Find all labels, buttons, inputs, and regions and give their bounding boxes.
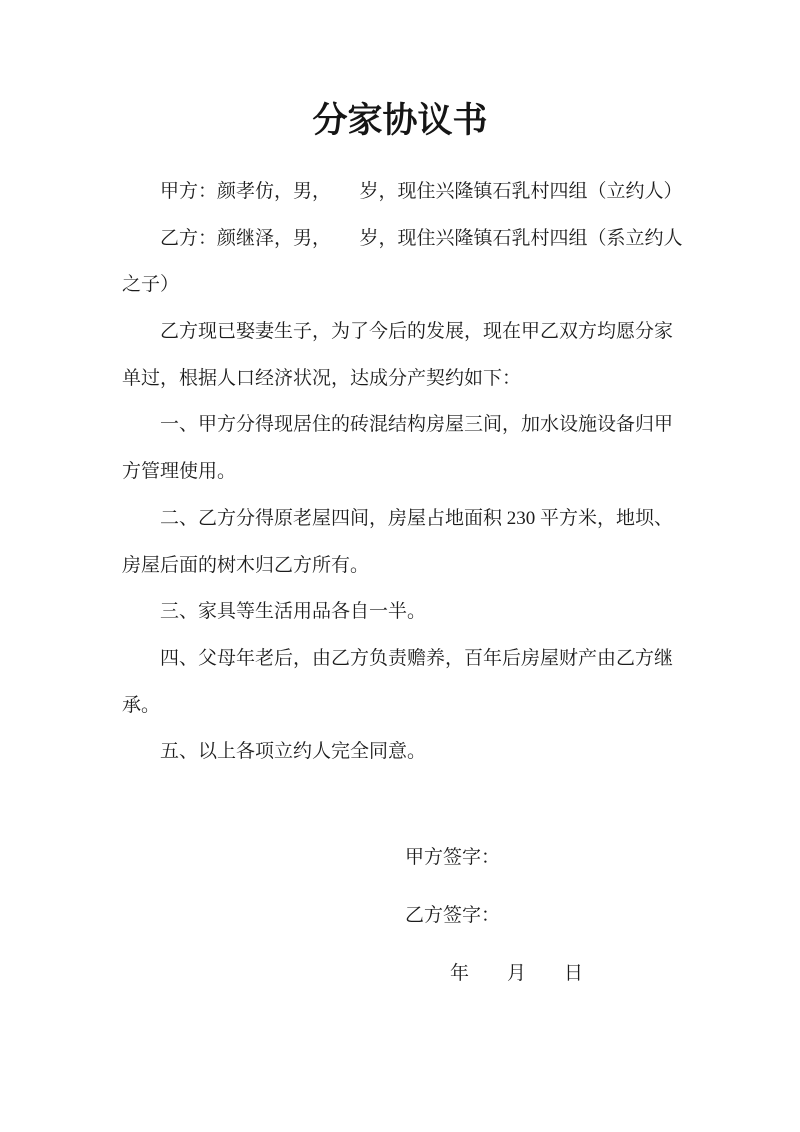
paragraph-line-item-1: 一、甲方分得现居住的砖混结构房屋三间，加水设施设备归甲 xyxy=(122,402,682,449)
paragraph-line-item-2: 二、乙方分得原老屋四间，房屋占地面积 230 平方米，地坝、 xyxy=(122,496,682,543)
document-body: 甲方：颜孝仿，男， 岁，现住兴隆镇石乳村四组（立约人） 乙方：颜继泽，男， 岁，… xyxy=(122,169,682,776)
paragraph-line-item-5: 五、以上各项立约人完全同意。 xyxy=(122,729,682,776)
paragraph-line-preamble-cont: 单过，根据人口经济状况，达成分产契约如下： xyxy=(122,356,682,403)
paragraph-line-item-4-cont: 承。 xyxy=(122,683,682,730)
paragraph-line-party-a: 甲方：颜孝仿，男， 岁，现住兴隆镇石乳村四组（立约人） xyxy=(122,169,682,216)
signature-party-b-label: 乙方签字： xyxy=(405,887,583,945)
signature-party-a-label: 甲方签字： xyxy=(405,829,583,887)
document-page: 分家协议书 甲方：颜孝仿，男， 岁，现住兴隆镇石乳村四组（立约人） 乙方：颜继泽… xyxy=(0,0,800,1132)
signature-block: 甲方签字： 乙方签字： 年 月 日 xyxy=(405,829,583,1003)
signature-date-line: 年 月 日 xyxy=(450,945,583,1003)
paragraph-line-preamble: 乙方现已娶妻生子，为了今后的发展，现在甲乙双方均愿分家 xyxy=(122,309,682,356)
document-title: 分家协议书 xyxy=(0,99,800,143)
paragraph-line-item-1-cont: 方管理使用。 xyxy=(122,449,682,496)
paragraph-line-item-4: 四、父母年老后，由乙方负责赡养，百年后房屋财产由乙方继 xyxy=(122,636,682,683)
paragraph-line-item-2-cont: 房屋后面的树木归乙方所有。 xyxy=(122,543,682,590)
paragraph-line-item-3: 三、家具等生活用品各自一半。 xyxy=(122,589,682,636)
paragraph-line-party-b: 乙方：颜继泽，男， 岁，现住兴隆镇石乳村四组（系立约人 xyxy=(122,216,682,263)
paragraph-line-party-b-cont: 之子） xyxy=(122,262,682,309)
